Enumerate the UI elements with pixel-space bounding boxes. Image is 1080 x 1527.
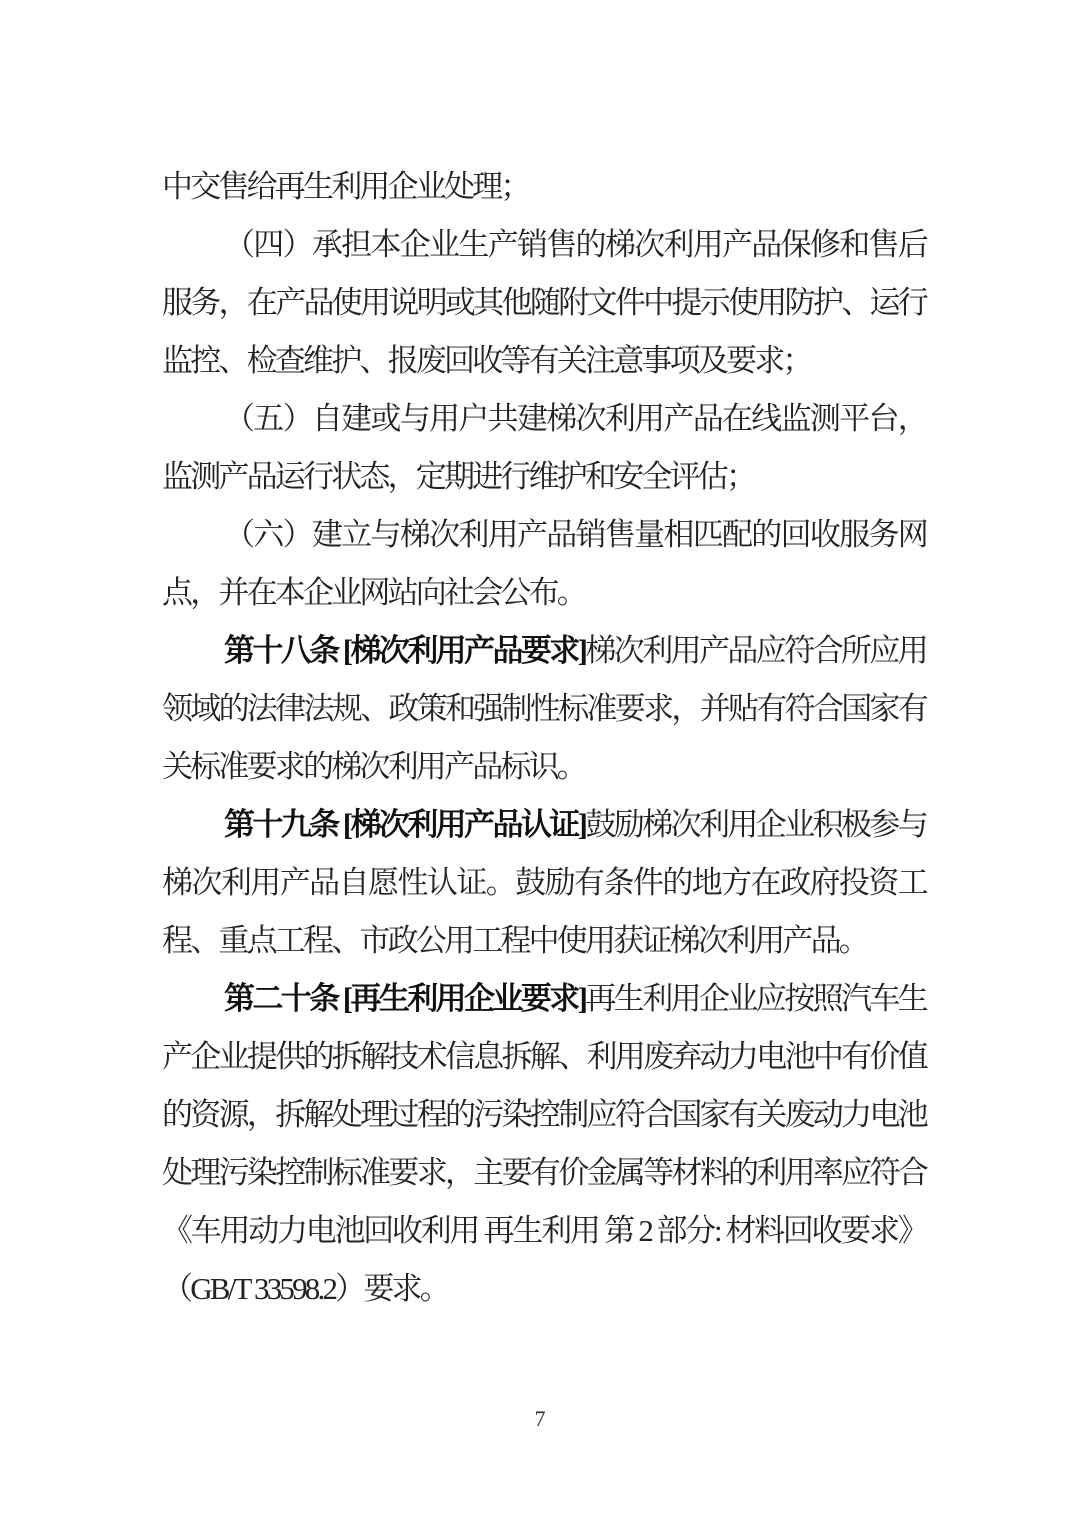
paragraph-text: （六）建立与梯次利用产品销售量相匹配的回收服务网点，并在本企业网站向社会公布。 bbox=[162, 517, 926, 610]
paragraph-continuation: 中交售给再生利用企业处理； bbox=[162, 158, 926, 216]
article-head-20: 第二十条 [再生利用企业要求] bbox=[224, 981, 585, 1016]
paragraph-text: （四）承担本企业生产销售的梯次利用产品保修和售后服务，在产品使用说明或其他随附文… bbox=[162, 227, 926, 378]
paragraph-item-6: （六）建立与梯次利用产品销售量相匹配的回收服务网点，并在本企业网站向社会公布。 bbox=[162, 506, 926, 622]
paragraph-article-19: 第十九条 [梯次利用产品认证]鼓励梯次利用企业积极参与梯次利用产品自愿性认证。鼓… bbox=[162, 796, 926, 970]
document-body: 中交售给再生利用企业处理； （四）承担本企业生产销售的梯次利用产品保修和售后服务… bbox=[162, 158, 926, 1318]
paragraph-text: （五）自建或与用户共建梯次利用产品在线监测平台，监测产品运行状态，定期进行维护和… bbox=[162, 401, 926, 494]
document-page: 中交售给再生利用企业处理； （四）承担本企业生产销售的梯次利用产品保修和售后服务… bbox=[0, 0, 1080, 1527]
paragraph-text: 再生利用企业应按照汽车生产企业提供的拆解技术信息拆解、利用废弃动力电池中有价值的… bbox=[162, 981, 926, 1306]
paragraph-article-20: 第二十条 [再生利用企业要求]再生利用企业应按照汽车生产企业提供的拆解技术信息拆… bbox=[162, 970, 926, 1318]
paragraph-item-5: （五）自建或与用户共建梯次利用产品在线监测平台，监测产品运行状态，定期进行维护和… bbox=[162, 390, 926, 506]
paragraph-item-4: （四）承担本企业生产销售的梯次利用产品保修和售后服务，在产品使用说明或其他随附文… bbox=[162, 216, 926, 390]
paragraph-text: 中交售给再生利用企业处理； bbox=[162, 169, 529, 204]
paragraph-article-18: 第十八条 [梯次利用产品要求]梯次利用产品应符合所应用领域的法律法规、政策和强制… bbox=[162, 622, 926, 796]
article-head-19: 第十九条 [梯次利用产品认证] bbox=[224, 807, 585, 842]
article-head-18: 第十八条 [梯次利用产品要求] bbox=[224, 633, 585, 668]
page-number: 7 bbox=[0, 1404, 1080, 1434]
